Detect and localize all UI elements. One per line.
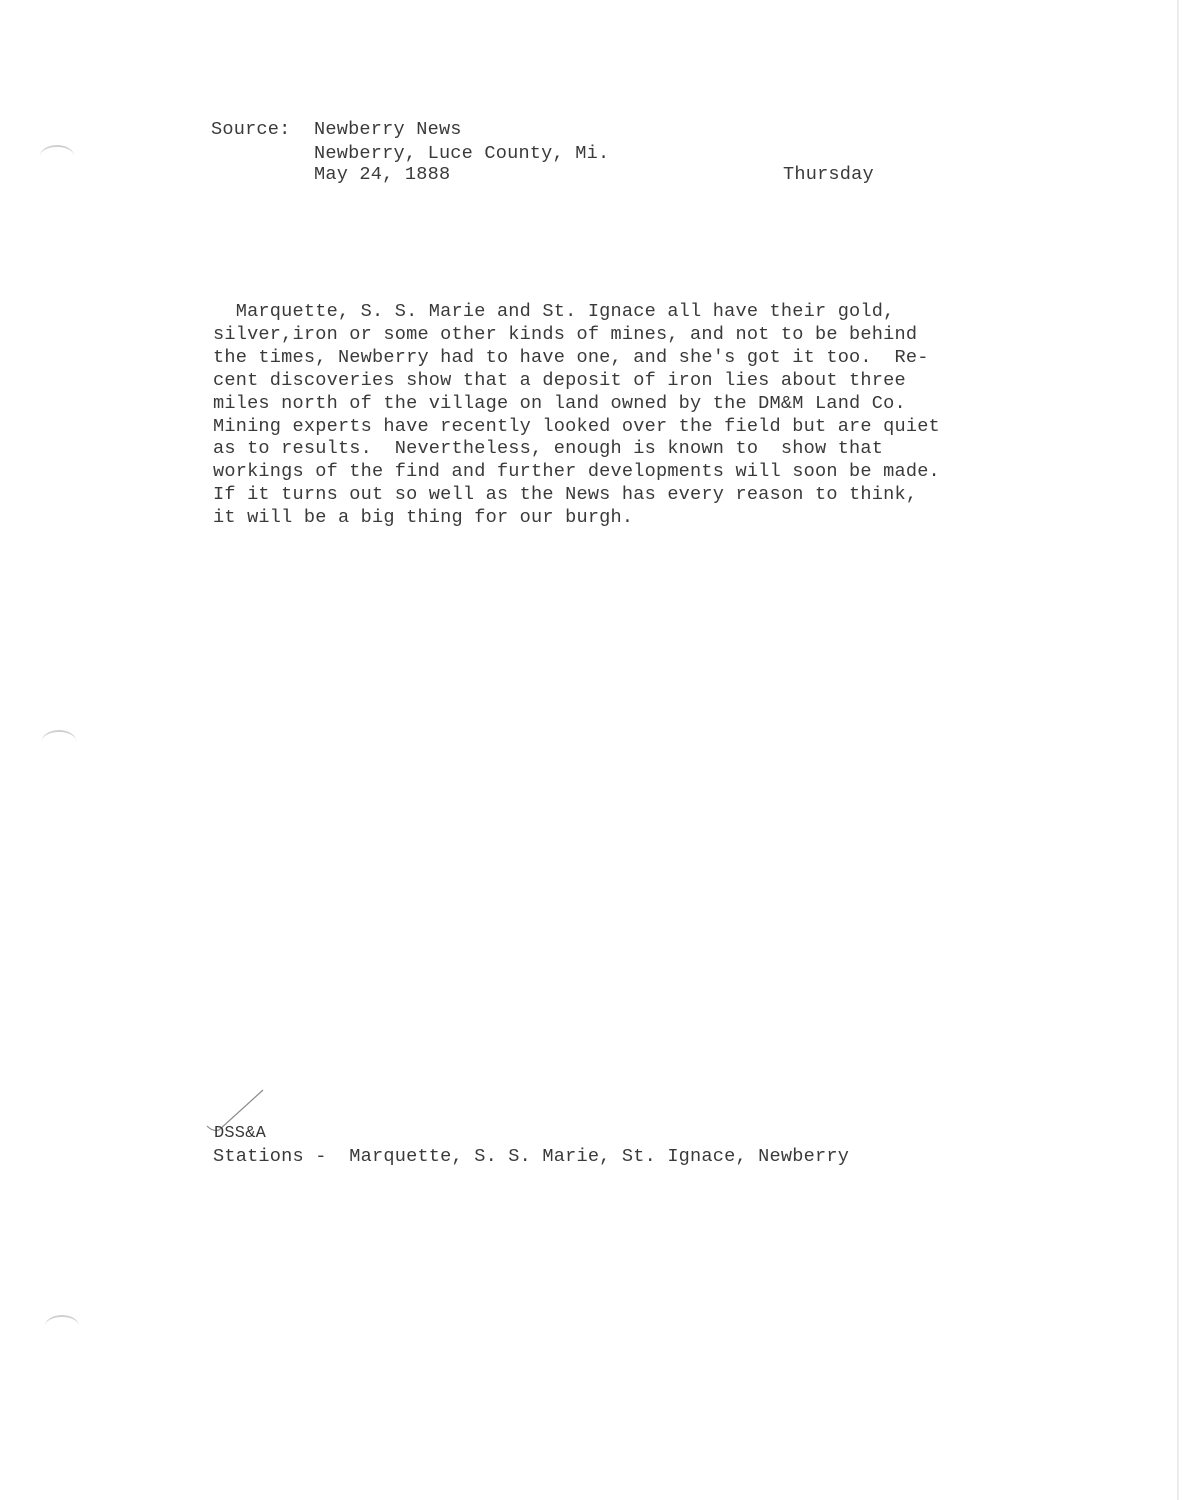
article-line: silver,iron or some other kinds of mines… [213,324,940,347]
page-edge [1177,0,1179,1500]
article-line: as to results. Nevertheless, enough is k… [213,438,940,461]
publication-name: Newberry News [314,118,462,141]
article-line: cent discoveries show that a deposit of … [213,370,940,393]
article-line: workings of the find and further develop… [213,461,940,484]
stations-list: Stations - Marquette, S. S. Marie, St. I… [213,1145,849,1168]
article-body: Marquette, S. S. Marie and St. Ignace al… [213,301,940,530]
hole-punch-mark [45,1315,79,1337]
article-line: it will be a big thing for our burgh. [213,507,940,530]
hole-punch-mark [40,145,74,167]
publication-weekday: Thursday [783,163,874,186]
article-line: Mining experts have recently looked over… [213,416,940,439]
publication-date: May 24, 1888 [314,163,450,186]
railroad-code: DSS&A [214,1122,266,1145]
source-label: Source: [211,118,291,141]
article-line: If it turns out so well as the News has … [213,484,940,507]
article-line: Marquette, S. S. Marie and St. Ignace al… [213,301,940,324]
hole-punch-mark [42,730,76,752]
article-line: the times, Newberry had to have one, and… [213,347,940,370]
publication-location: Newberry, Luce County, Mi. [314,142,609,165]
article-line: miles north of the village on land owned… [213,393,940,416]
